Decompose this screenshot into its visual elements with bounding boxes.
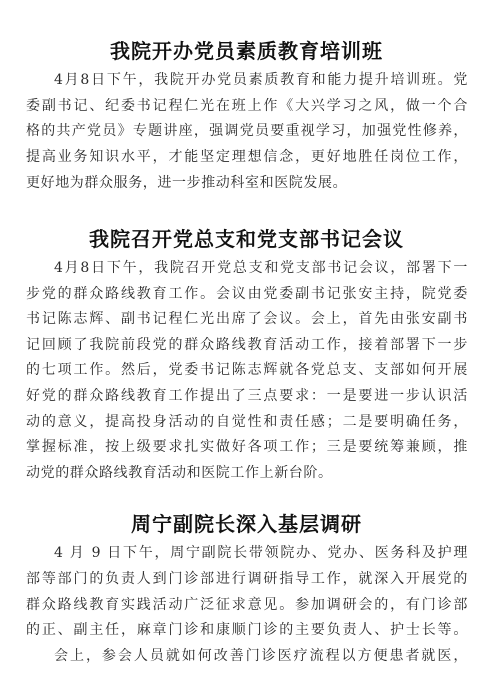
article-1-title: 我院开办党员素质教育培训班 [0, 39, 493, 63]
article-2-line-4: 记回顾了我院前段党的群众路线教育活动工作，接着部署下一步 [26, 335, 468, 355]
article-3-line-4: 的正、副主任，麻章门诊和康顺门诊的主要负责人、护士长等。 [26, 620, 468, 640]
article-1-line-1: 4月8日下午，我院开办党员素质教育和能力提升培训班。党 [54, 70, 468, 90]
article-2-line-1: 4月8日下午，我院召开党总支和党支部书记会议，部署下一 [54, 258, 468, 278]
article-1-line-5: 更好地为群众服务，进一步推动科室和医院发展。 [26, 173, 468, 193]
article-1-line-3: 格的共产党员》专题讲座，强调党员要重视学习，加强党性修养， [26, 121, 468, 141]
article-2-line-5: 的七项工作。然后，党委书记陈志辉就各党总支、支部如何开展 [26, 360, 468, 380]
article-2-line-9: 动党的群众路线教育活动和医院工作上新台阶。 [26, 463, 468, 483]
article-1-line-4: 提高业务知识水平，才能坚定理想信念，更好地胜任岗位工作， [26, 147, 468, 167]
article-3-line-1: 4 月 9 日下午，周宁副院长带领院办、党办、医务科及护理 [54, 543, 468, 563]
article-2-title: 我院召开党总支和党支部书记会议 [0, 227, 493, 251]
document-page: 我院开办党员素质教育培训班 4月8日下午，我院开办党员素质教育和能力提升培训班。… [0, 0, 493, 681]
article-2-line-7: 动的意义，提高投身活动的自觉性和责任感；二是要明确任务， [26, 412, 468, 432]
article-3-line-2: 部等部门的负责人到门诊部进行调研指导工作，就深入开展党的 [26, 569, 468, 589]
article-2-line-2: 步党的群众路线教育工作。会议由党委副书记张安主持，院党委 [26, 284, 468, 304]
article-1-line-2: 委副书记、纪委书记程仁光在班上作《大兴学习之风，做一个合 [26, 96, 468, 116]
article-2-line-8: 掌握标准，按上级要求扎实做好各项工作；三是要统筹兼顾，推 [26, 437, 468, 457]
article-2-line-3: 书记陈志辉、副书记程仁光出席了会议。会上，首先由张安副书 [26, 309, 468, 329]
article-3-line-5: 会上，参会人员就如何改善门诊医疗流程以方便患者就医， [54, 646, 468, 666]
article-3-line-3: 群众路线教育实践活动广泛征求意见。参加调研会的，有门诊部 [26, 595, 468, 615]
article-3-title: 周宁副院长深入基层调研 [0, 512, 493, 536]
article-2-line-6: 好党的群众路线教育工作提出了三点要求：一是要进一步认识活 [26, 386, 468, 406]
